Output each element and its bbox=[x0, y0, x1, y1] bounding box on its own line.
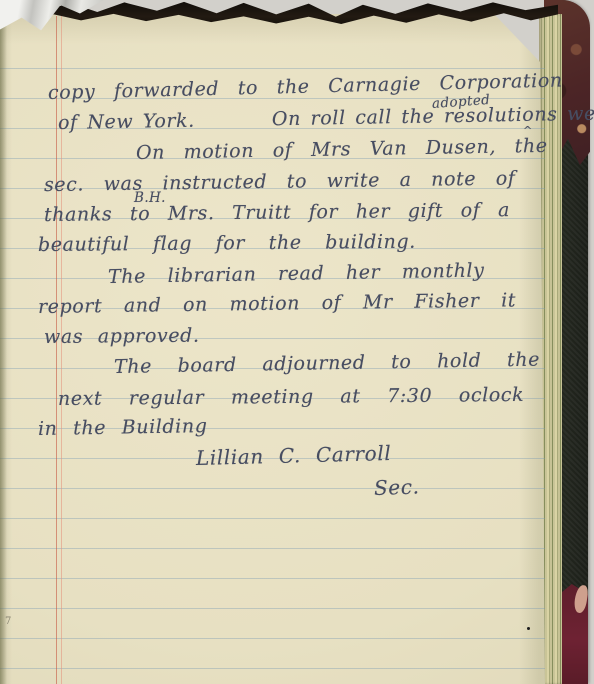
ink-speck bbox=[527, 627, 530, 630]
signature-name: Lillian C. Carroll bbox=[196, 441, 392, 470]
book-scan: copy forwarded to the Carnagie Corporati… bbox=[0, 0, 594, 684]
page-number: 7 bbox=[5, 616, 11, 627]
page-gutter-shadow bbox=[0, 14, 7, 684]
handwritten-line: next regular meeting at 7:30 oclock bbox=[58, 384, 524, 410]
handwritten-line: in the Building bbox=[38, 415, 208, 440]
signature-title: Sec. bbox=[374, 474, 420, 500]
red-margin-line bbox=[56, 16, 57, 684]
handwritten-line: was approved. bbox=[44, 325, 200, 348]
handwritten-line: beautiful flag for the building. bbox=[38, 231, 416, 256]
